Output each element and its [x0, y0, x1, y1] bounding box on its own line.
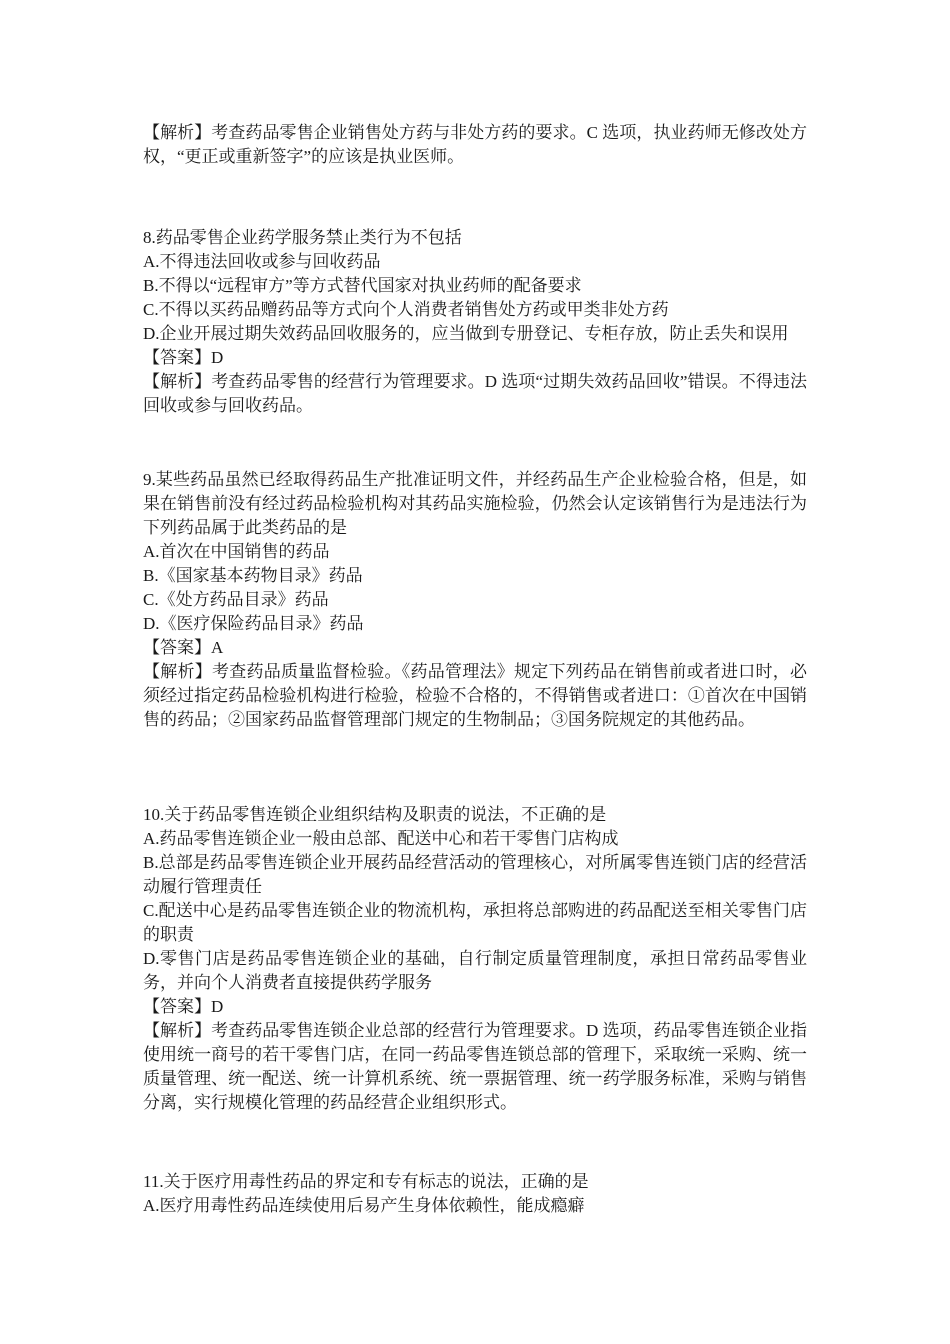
question-10-option-d: D.零售门店是药品零售连锁企业的基础，自行制定质量管理制度，承担日常药品零售业务… [143, 947, 807, 995]
question-8-explanation: 【解析】考查药品零售的经营行为管理要求。D 选项“过期失效药品回收”错误。不得违… [143, 370, 807, 418]
question-9-option-d: D.《医疗保险药品目录》药品 [143, 612, 807, 636]
question-11-stem: 11.关于医疗用毒性药品的界定和专有标志的说法，正确的是 [143, 1170, 807, 1194]
question-10-option-a: A.药品零售连锁企业一般由总部、配送中心和若干零售门店构成 [143, 827, 807, 851]
question-9-option-a: A.首次在中国销售的药品 [143, 540, 807, 564]
question-8-option-a: A.不得违法回收或参与回收药品 [143, 250, 807, 274]
document-page: 【解析】考查药品零售企业销售处方药与非处方药的要求。C 选项，执业药师无修改处方… [0, 0, 950, 1344]
question-9-stem: 9.某些药品虽然已经取得药品生产批准证明文件，并经药品生产企业检验合格，但是，如… [143, 468, 807, 540]
question-8-option-c: C.不得以买药品赠药品等方式向个人消费者销售处方药或甲类非处方药 [143, 298, 807, 322]
question-9-option-b: B.《国家基本药物目录》药品 [143, 564, 807, 588]
page-content: 【解析】考查药品零售企业销售处方药与非处方药的要求。C 选项，执业药师无修改处方… [143, 0, 807, 1218]
question-11-option-a: A.医疗用毒性药品连续使用后易产生身体依赖性，能成瘾癖 [143, 1194, 807, 1218]
question-8-answer: 【答案】D [143, 346, 807, 370]
question-8-block: 8.药品零售企业药学服务禁止类行为不包括 A.不得违法回收或参与回收药品 B.不… [143, 226, 807, 418]
question-9-explanation: 【解析】考查药品质量监督检验。《药品管理法》规定下列药品在销售前或者进口时，必须… [143, 660, 807, 732]
question-10-explanation: 【解析】考查药品零售连锁企业总部的经营行为管理要求。D 选项，药品零售连锁企业指… [143, 1019, 807, 1115]
question-10-stem: 10.关于药品零售连锁企业组织结构及职责的说法，不正确的是 [143, 803, 807, 827]
question-10-option-c: C.配送中心是药品零售连锁企业的物流机构，承担将总部购进的药品配送至相关零售门店… [143, 899, 807, 947]
question-8-option-d: D.企业开展过期失效药品回收服务的，应当做到专册登记、专柜存放，防止丢失和误用 [143, 322, 807, 346]
question-8-option-b: B.不得以“远程审方”等方式替代国家对执业药师的配备要求 [143, 274, 807, 298]
question-11-block: 11.关于医疗用毒性药品的界定和专有标志的说法，正确的是 A.医疗用毒性药品连续… [143, 1170, 807, 1218]
question-10-block: 10.关于药品零售连锁企业组织结构及职责的说法，不正确的是 A.药品零售连锁企业… [143, 803, 807, 1115]
question-10-option-b: B.总部是药品零售连锁企业开展药品经营活动的管理核心，对所属零售连锁门店的经营活… [143, 851, 807, 899]
question-9-answer: 【答案】A [143, 636, 807, 660]
question-10-answer: 【答案】D [143, 995, 807, 1019]
question-9-block: 9.某些药品虽然已经取得药品生产批准证明文件，并经药品生产企业检验合格，但是，如… [143, 468, 807, 732]
question-8-stem: 8.药品零售企业药学服务禁止类行为不包括 [143, 226, 807, 250]
explanation-question7-continued: 【解析】考查药品零售企业销售处方药与非处方药的要求。C 选项，执业药师无修改处方… [143, 121, 807, 169]
question-9-option-c: C.《处方药品目录》药品 [143, 588, 807, 612]
